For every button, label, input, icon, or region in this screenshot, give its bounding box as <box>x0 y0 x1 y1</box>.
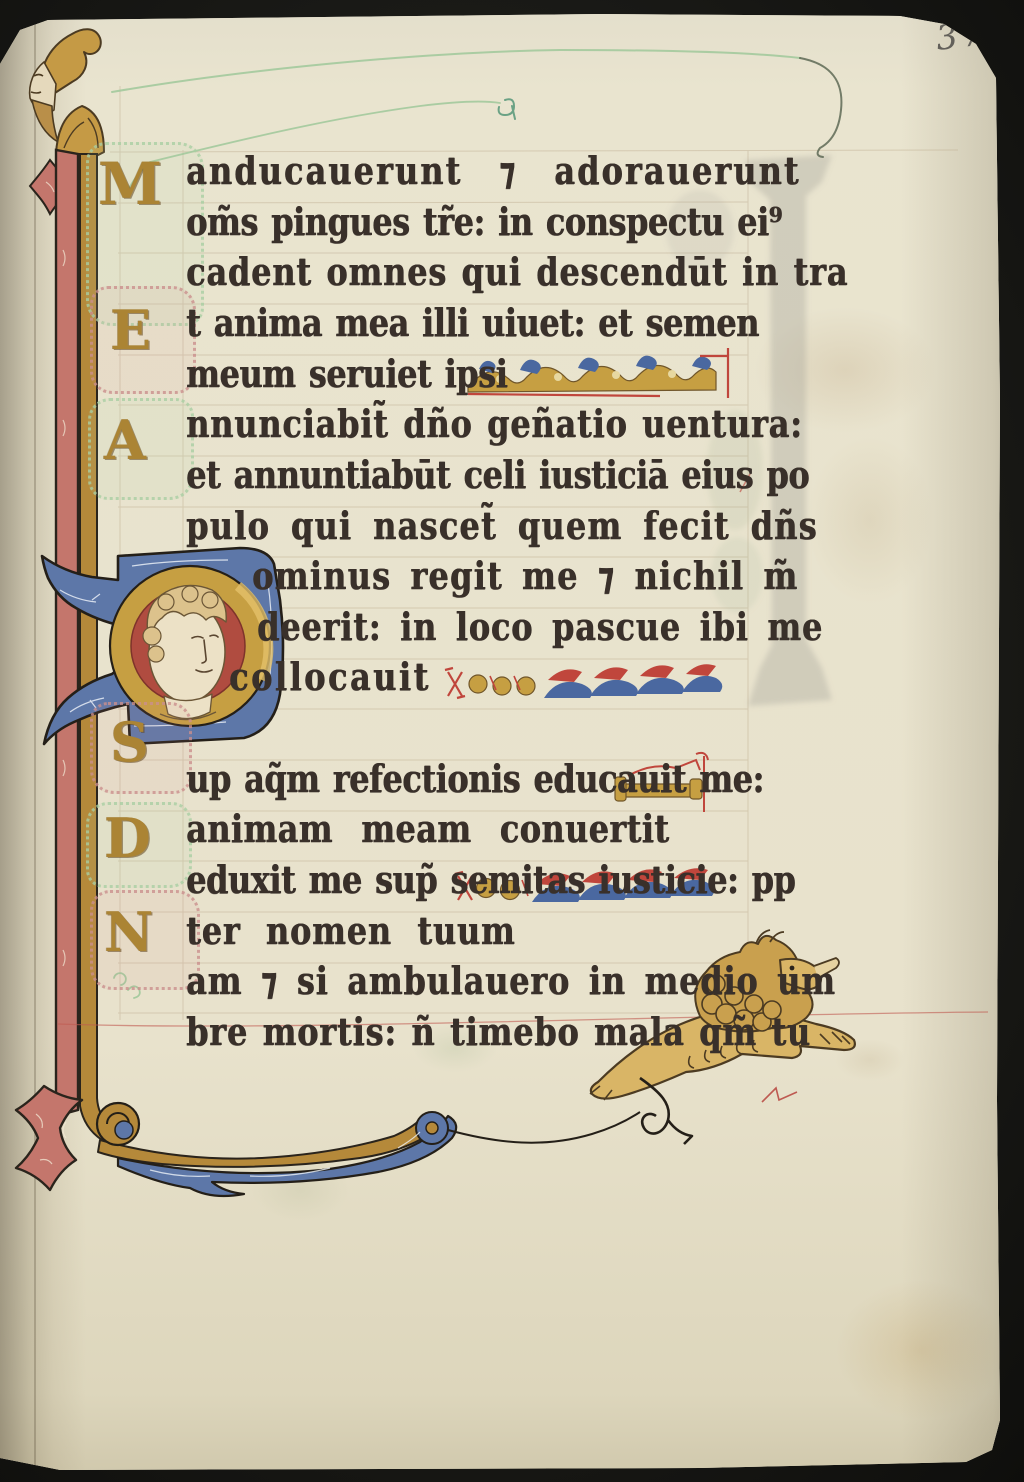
text-line: anducauerunt ⁊ adorauerunt <box>186 149 801 193</box>
text-line: pulo qui nascet̃ quem fecit dñs <box>186 504 818 548</box>
text-line: nnunciabit̃ dño geñatio uentura: <box>186 402 803 446</box>
versal-initial-s: S <box>110 710 149 774</box>
text-line: cadent omnes qui descendūt in tra <box>186 250 848 294</box>
versal-initial-m: M <box>98 150 162 218</box>
versal-initial-e: E <box>110 298 151 362</box>
text-line: et annuntiabūt celi iusticiā eius po <box>186 453 809 497</box>
text-line: collocauit <box>229 655 431 699</box>
gutter-shadow <box>0 0 86 1482</box>
text-line: deerit: in loco pascue ibi me <box>257 605 823 649</box>
versal-initial-d: D <box>104 806 151 870</box>
text-line: om̃s pingues tr̃e: in conspectu ei⁹ <box>186 200 782 244</box>
parchment-leaf: M E A S D N anducauerunt ⁊ adorauerunt o… <box>0 0 1024 1482</box>
border-bottom-arm <box>16 1086 640 1196</box>
binding-crease <box>34 0 36 1482</box>
text-line: ter nomen tuum <box>186 909 515 953</box>
text-line: bre mortis: ñ timebo mala qm̃ tu <box>186 1010 811 1054</box>
red-pen-mark <box>762 1088 797 1102</box>
versal-initial-a: A <box>104 408 146 472</box>
text-line: up aq̃m refectionis educauit me: <box>186 757 764 801</box>
text-line: animam meam conuertit <box>186 807 669 851</box>
manuscript-photo: M E A S D N anducauerunt ⁊ adorauerunt o… <box>0 0 1024 1482</box>
text-line: eduxit me sup̃ semitas iusticie: pp <box>186 858 795 902</box>
text-line: ominus regit me ⁊ nichil m̃ <box>252 554 798 598</box>
line-filler-2 <box>445 664 722 698</box>
versal-initial-n: N <box>104 900 153 964</box>
text-line: meum seruiet ipsi <box>186 352 507 396</box>
text-line: am ⁊ si ambulauero in medio um <box>186 959 836 1003</box>
text-line: t anima mea illi uiuet: et semen <box>186 301 759 345</box>
